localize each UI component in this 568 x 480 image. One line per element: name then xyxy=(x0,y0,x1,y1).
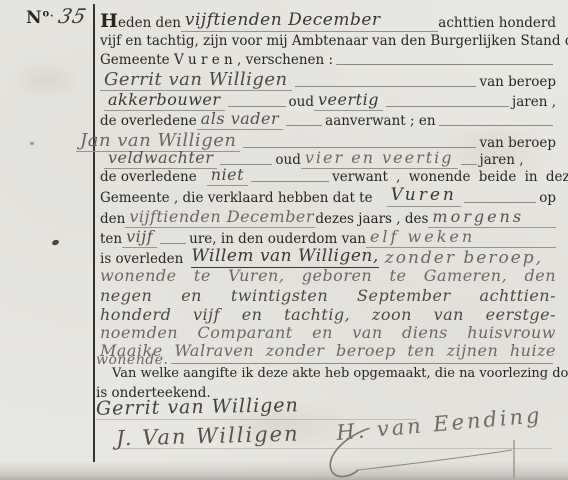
handwritten-death-place: Vuren xyxy=(387,186,461,207)
ink-blot xyxy=(51,239,59,246)
handwritten-text: wonende te Vuren, geboren te Gameren, de… xyxy=(100,266,556,286)
line-declarant1-occupation-age: akkerbouwer oud veertig jaren , xyxy=(100,89,556,111)
printed-text: jaren , xyxy=(512,93,556,111)
act-number: No.35 xyxy=(26,4,86,28)
margin-divider-line xyxy=(93,4,95,462)
blank-rule xyxy=(461,164,477,165)
ink-speck xyxy=(30,142,34,145)
line-deceased-residence-birth: wonende te Vuren, geboren te Gameren, de… xyxy=(100,264,556,286)
printed-text: verwant , wonende beide in deze xyxy=(332,168,568,186)
printed-text: vijf en tachtig, zijn voor mij Ambtenaar… xyxy=(100,32,556,50)
death-certificate-page: No.35 Heden den vijftienden December ach… xyxy=(0,0,568,480)
blank-rule xyxy=(295,86,477,87)
bleedthrough-smudge xyxy=(10,60,80,100)
line-date-opening: Heden den vijftienden December achttien … xyxy=(100,8,556,32)
handwritten-death-date: vijftienden December xyxy=(125,207,315,228)
printed-text: Van welke aangifte ik deze akte heb opge… xyxy=(112,365,556,383)
handwritten-declarant1-occupation: akkerbouwer xyxy=(104,90,225,111)
blank-rule xyxy=(464,202,536,203)
act-number-sup: o. xyxy=(43,8,55,19)
printed-text: oud xyxy=(289,93,314,111)
signature-flourish xyxy=(300,428,560,480)
handwritten-declarant1-age: veertig xyxy=(314,90,383,111)
signature-declarant2: J. Van Willigen xyxy=(116,422,300,451)
handwritten-declarant1-name: Gerrit van Willigen xyxy=(100,70,292,91)
handwritten-death-daypart: morgens xyxy=(428,207,556,228)
line-declarant2-relation: de overledene niet verwant , wonende bei… xyxy=(100,166,556,186)
handwritten-date: vijftienden December xyxy=(181,11,438,32)
line-year-officiant: vijf en tachtig, zijn voor mij Ambtenaar… xyxy=(100,30,556,50)
line-closing-1: Van welke aangifte ik deze akte heb opge… xyxy=(100,363,556,383)
printed-text: Heden den xyxy=(100,12,181,32)
printed-text: de overledene xyxy=(100,168,197,186)
blank-rule xyxy=(386,106,509,107)
blank-rule xyxy=(228,106,286,107)
printed-text: op xyxy=(539,189,556,207)
line-death-date: den vijftienden December dezes jaars , d… xyxy=(100,206,556,228)
handwritten-declarant2-relation: niet xyxy=(207,165,248,186)
line-declarant1-name: Gerrit van Willigen van beroep xyxy=(100,65,556,91)
act-number-value: 35 xyxy=(56,4,89,28)
line-death-place: Gemeente , die verklaard hebben dat te V… xyxy=(100,185,556,207)
signature-declarant1: Gerrit van Willigen xyxy=(96,394,299,420)
blank-rule xyxy=(251,181,329,182)
act-number-prefix: N xyxy=(26,8,43,28)
printed-text: Gemeente , die verklaard hebben dat te xyxy=(100,189,373,207)
